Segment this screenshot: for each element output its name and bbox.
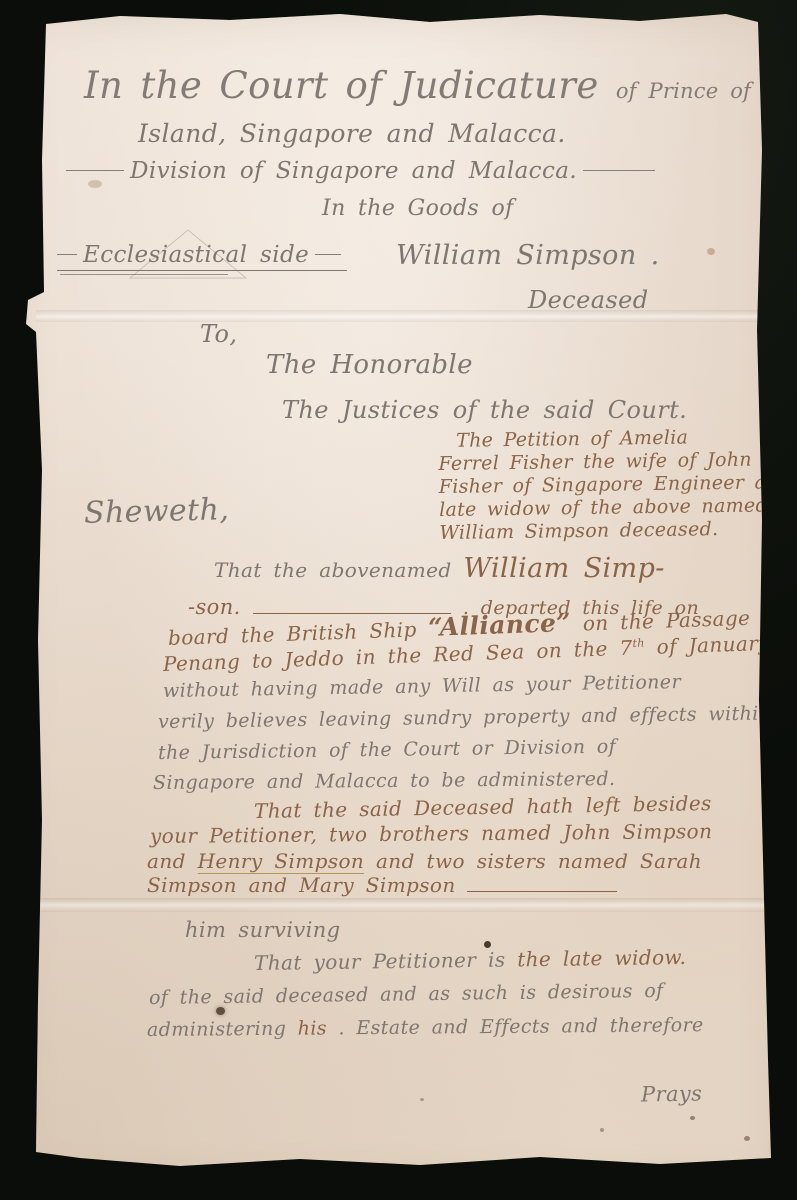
body-line: him surviving [185, 918, 341, 942]
body-line: verily believes leaving sundry property … [158, 702, 772, 733]
body-line: of the said deceased and as such is desi… [149, 980, 664, 1009]
document-paper: In the Court of Judicature of Prince of … [0, 0, 797, 1200]
salutation-justices: The Justices of the said Court. [282, 396, 687, 424]
petition-line: William Simpson deceased. [439, 517, 792, 545]
flourish-dash [66, 170, 124, 171]
court-subtitle: Island, Singapore and Malacca. [138, 119, 566, 148]
stain-speck [216, 1007, 225, 1015]
body-line: Simpson and Mary Simpson [147, 873, 617, 897]
flourish-dash [583, 170, 655, 171]
deceased-label: Deceased [528, 286, 648, 314]
court-title: In the Court of Judicature of Prince of … [84, 64, 797, 107]
horizontal-fold-crease [36, 310, 766, 322]
body-line: your Petitioner, two brothers named John… [150, 819, 713, 848]
underline-rule [60, 274, 228, 275]
body-line: administering his . Estate and Effects a… [147, 1014, 704, 1041]
body-line: That your Petitioner is the late widow. [254, 945, 687, 975]
photograph-background: In the Court of Judicature of Prince of … [0, 0, 797, 1200]
petition-intro-block: The Petition of Amelia Ferrel Fisher the… [438, 425, 792, 545]
flourish-dash [315, 254, 341, 255]
in-the-goods-of: In the Goods of [322, 196, 514, 221]
court-title-suffix: of Prince of Wales' [616, 79, 797, 103]
ship-name: “Alliance” [428, 608, 572, 642]
horizontal-fold-crease [36, 898, 766, 912]
stain-speck [420, 1098, 424, 1101]
division-line: Division of Singapore and Malacca. [60, 158, 661, 184]
salutation-honorable: The Honorable [266, 350, 473, 380]
stain-speck [707, 248, 715, 255]
blank-line-rule [467, 887, 617, 892]
court-title-main: In the Court of Judicature [84, 64, 599, 107]
sheweth-label: Sheweth, [84, 492, 230, 531]
deceased-name: William Simpson . [396, 240, 660, 271]
stain-speck [600, 1128, 604, 1132]
body-line: the Jurisdiction of the Court or Divisio… [158, 736, 616, 764]
ecclesiastical-side-label: Ecclesiastical side [57, 242, 347, 271]
prays-label: Prays [641, 1081, 703, 1106]
body-line: Singapore and Malacca to be administered… [153, 768, 616, 794]
body-line: and Henry Simpson and two sisters named … [147, 849, 702, 873]
body-line: That the said Deceased hath left besides [254, 791, 712, 823]
petition-line: late widow of the above named [439, 494, 792, 522]
body-line: without having made any Will as your Pet… [163, 671, 681, 702]
flourish-dash [57, 254, 77, 255]
body-line: That the abovenamed William Simp- [214, 553, 665, 584]
stain-speck [744, 1136, 750, 1141]
salutation-to: To, [200, 320, 237, 348]
stain-speck [690, 1116, 695, 1120]
underlined-name: Henry Simpson [198, 849, 365, 874]
